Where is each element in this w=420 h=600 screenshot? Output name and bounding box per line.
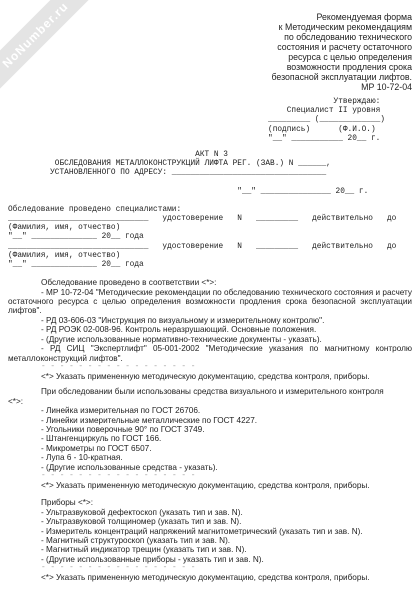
footnote-text: <*> Указать примененную методическую док… — [8, 481, 412, 490]
devices-item: - Ультразвуковой дефектоскоп (указать ти… — [8, 508, 412, 517]
footnote-separator: - - - - - - - - - - - - - - - - - — [8, 472, 412, 481]
footnote-separator: - - - - - - - - - - - - - - - - - — [8, 363, 412, 372]
act-title-block: АКТ N 3 ОБСЛЕДОВАНИЯ МЕТАЛЛОКОНСТРУКЦИЙ … — [8, 151, 412, 197]
devices-item: - Магнитный структуроскоп (указать тип и… — [8, 536, 412, 545]
approval-block: Утверждаю: Специалист II уровня ________… — [268, 98, 385, 144]
header-note: Рекомендуемая форма к Методическим реком… — [8, 12, 412, 92]
means-intro: При обследовании были использованы средс… — [8, 387, 412, 406]
devices-intro: Приборы <*>: — [8, 498, 412, 507]
means-item: - Микрометры по ГОСТ 6507. — [8, 444, 412, 453]
document-page: NoNumber.ru Рекомендуемая форма к Методи… — [0, 0, 420, 600]
means-item: - Линейки измерительные металлические по… — [8, 416, 412, 425]
devices-item: - Магнитный индикатор трещин (указать ти… — [8, 545, 412, 554]
compliance-item: - (Другие использованные нормативно-техн… — [8, 335, 412, 344]
compliance-item: - РД 03-606-03 "Инструкция по визуальном… — [8, 316, 412, 325]
approval-section: Утверждаю: Специалист II уровня ________… — [8, 98, 412, 145]
specialists-block: Обследование проведено специалистами: __… — [8, 206, 412, 270]
footnote-text: <*> Указать примененную методическую док… — [8, 372, 412, 381]
means-item: - Лупа 6 - 10-кратная. — [8, 453, 412, 462]
devices-item: - (Другие использованные приборы - указа… — [8, 555, 412, 564]
compliance-item: - РД СИЦ "Экспертлифт" 05-001-2002 "Мето… — [8, 344, 412, 363]
means-item: - Штангенциркуль по ГОСТ 166. — [8, 434, 412, 443]
document-content: Рекомендуемая форма к Методическим реком… — [8, 12, 412, 583]
means-item: - (Другие использованные средства - указ… — [8, 463, 412, 472]
compliance-item: - РД РОЭК 02-008-96. Контроль неразрушаю… — [8, 325, 412, 334]
compliance-intro: Обследование проведено в соответствии <*… — [8, 278, 412, 287]
means-item: - Линейка измерительная по ГОСТ 26706. — [8, 406, 412, 415]
means-item: - Угольники поверочные 90° по ГОСТ 3749. — [8, 425, 412, 434]
devices-item: - Ультразвуковой толщиномер (указать тип… — [8, 517, 412, 526]
footnote-separator: - - - - - - - - - - - - - - - - - — [8, 564, 412, 573]
devices-item: - Измеритель концентраций напряжений маг… — [8, 527, 412, 536]
footnote-text: <*> Указать примененную методическую док… — [8, 573, 412, 582]
compliance-item: - МР 10-72-04 "Методические рекомендации… — [8, 288, 412, 316]
